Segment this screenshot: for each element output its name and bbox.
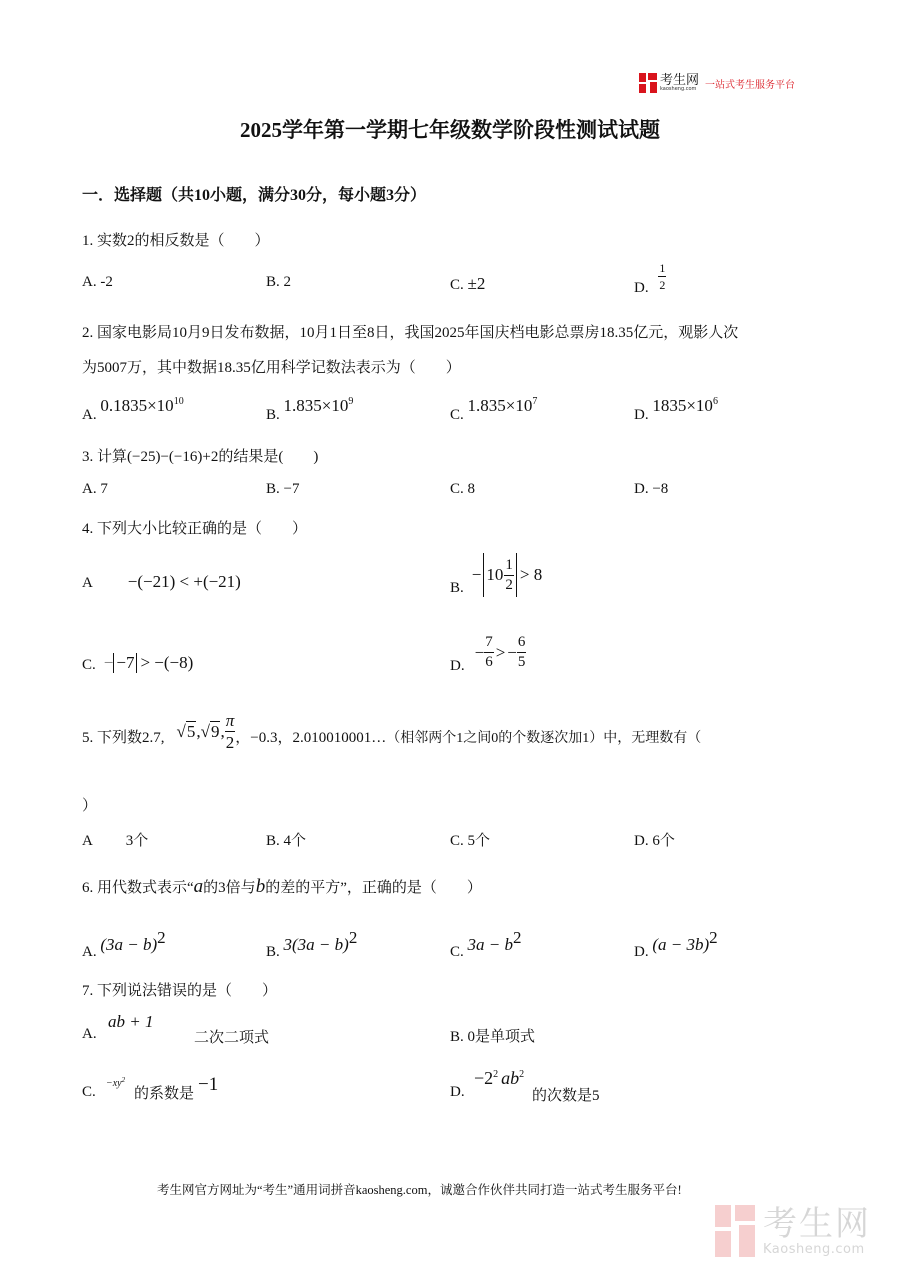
question-2-stem-line2: 为5007万，其中数据18.35亿用科学记数法表示为（ ） xyxy=(82,356,461,377)
q4-option-d[interactable]: D. − 7 6 > − 6 5 xyxy=(450,630,526,675)
question-4-stem: 4. 下列大小比较正确的是（ ） xyxy=(82,517,307,538)
q3-option-a[interactable]: A. 7 xyxy=(82,481,108,498)
q1-option-c[interactable]: C. ±2 xyxy=(450,274,485,294)
q2-option-c[interactable]: C. 1.835×107 xyxy=(450,396,537,424)
q2-option-b[interactable]: B. 1.835×109 xyxy=(266,396,353,424)
q3-option-b[interactable]: B. −7 xyxy=(266,481,299,498)
kaosheng-logo-icon xyxy=(639,73,657,93)
q1-option-d[interactable]: D. 1 2 xyxy=(634,262,666,297)
q3-option-c[interactable]: C. 8 xyxy=(450,481,475,498)
q6-option-d[interactable]: D. (a − 3b)2 xyxy=(634,928,718,961)
q4-option-b[interactable]: B. − 10 1 2 > 8 xyxy=(450,553,542,597)
q6-option-c[interactable]: C. 3a − b2 xyxy=(450,928,522,961)
watermark: 考生网 Kaosheng.com xyxy=(715,1205,871,1257)
question-5-stem-line2: ） xyxy=(82,794,97,815)
q4-option-c[interactable]: C. − −7 > −(−8) xyxy=(82,651,193,674)
question-7-stem: 7. 下列说法错误的是（ ） xyxy=(82,979,277,1000)
logo-en-text: kaosheng.com xyxy=(660,87,699,92)
header-logo: 考生网 kaosheng.com 一站式考生服务平台 xyxy=(639,73,795,93)
question-6-stem: 6. 用代数式表示“a的3倍与b的差的平方”，正确的是（ ） xyxy=(82,876,482,898)
q6-option-a[interactable]: A. (3a − b)2 xyxy=(82,928,166,961)
q2-option-a[interactable]: A. 0.1835×1010 xyxy=(82,396,184,424)
question-2-stem-line1: 2. 国家电影局10月9日发布数据，10月1日至8日，我国2025年国庆档电影总… xyxy=(82,321,738,342)
watermark-en-text: Kaosheng.com xyxy=(763,1243,871,1256)
q7-option-d[interactable]: D. −22ab2 的次数是5 xyxy=(450,1068,810,1112)
q3-option-d[interactable]: D. −8 xyxy=(634,481,668,498)
q7-option-a[interactable]: A. ab + 1 二次二项式 xyxy=(82,1012,442,1052)
q6-option-b[interactable]: B. 3(3a − b)2 xyxy=(266,928,357,961)
q5-option-b[interactable]: B. 4个 xyxy=(266,829,306,850)
q7-option-b[interactable]: B. 0是单项式 xyxy=(450,1025,535,1046)
section-heading: 一．选择题（共10小题，满分30分，每小题3分） xyxy=(82,182,426,205)
question-5-stem: 5. 下列数2.7, √5, √9, π 2 ，−0.3，2.010010001… xyxy=(82,712,701,747)
q1-option-b[interactable]: B. 2 xyxy=(266,274,291,291)
q7-option-c[interactable]: C. −xy2 的系数是 −1 xyxy=(82,1072,442,1112)
q2-option-d[interactable]: D. 1835×106 xyxy=(634,396,718,424)
kaosheng-watermark-icon xyxy=(715,1205,755,1257)
q5-option-d[interactable]: D. 6个 xyxy=(634,829,675,850)
header-slogan: 一站式考生服务平台 xyxy=(705,76,795,91)
q1-option-a[interactable]: A. -2 xyxy=(82,274,113,291)
question-1-stem: 1. 实数2的相反数是（ ） xyxy=(82,229,270,250)
footer-text: 考生网官方网址为“考生”通用词拼音kaosheng.com，诚邀合作伙伴共同打造… xyxy=(157,1180,682,1198)
q5-option-c[interactable]: C. 5个 xyxy=(450,829,490,850)
page-title: 2025学年第一学期七年级数学阶段性测试试题 xyxy=(0,114,900,144)
question-3-stem: 3. 计算(−25)−(−16)+2的结果是( ) xyxy=(82,445,318,466)
q4-option-a[interactable]: A −(−21) < +(−21) xyxy=(82,572,241,592)
q5-option-a[interactable]: A 3个 xyxy=(82,829,148,850)
watermark-cn-text: 考生网 xyxy=(763,1207,871,1241)
